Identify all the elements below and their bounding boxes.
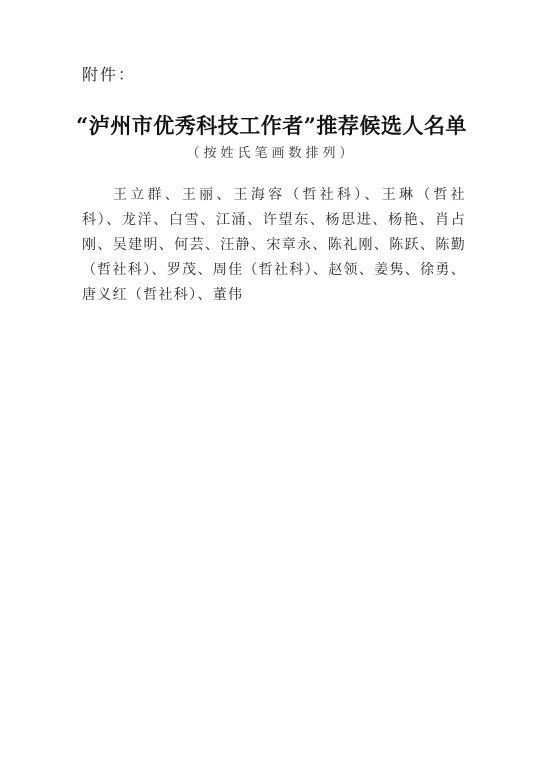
candidate-list-paragraph: 王立群、王丽、王海容（哲社科）、王琳（哲社科）、龙洋、白雪、江涌、许望东、杨思进… bbox=[82, 183, 466, 308]
attachment-label: 附件： bbox=[82, 62, 136, 85]
document-subtitle: （按姓氏笔画数排列） bbox=[0, 142, 543, 161]
document-title: “泸州市优秀科技工作者”推荐候选人名单 bbox=[0, 110, 543, 140]
document-page: 附件： “泸州市优秀科技工作者”推荐候选人名单 （按姓氏笔画数排列） 王立群、王… bbox=[0, 0, 543, 768]
